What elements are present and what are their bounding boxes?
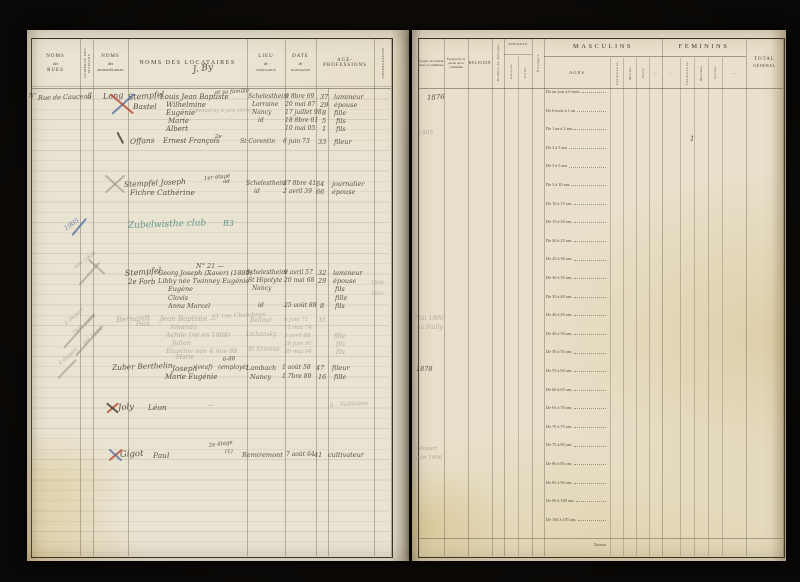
header-observations: OBSERVATIONS [374, 38, 391, 88]
handwriting-sepia: 18 8bre 01 [285, 118, 318, 124]
handwriting-pencil: 3 avril 88 [284, 334, 311, 340]
handwriting-pencil: à [330, 403, 334, 409]
handwriting-sepia: 1 août 58 [282, 365, 311, 371]
header-date-naissance: DATE de NAISSANCE [285, 38, 316, 88]
handwriting-sepia: Lorraine [252, 102, 278, 108]
handwriting-sepia: Lambach [246, 365, 276, 372]
dotted-leader [578, 519, 606, 521]
header-lieu-naissance: LIEU de NAISSANCE [247, 38, 285, 88]
handwriting-sepia: Joly [118, 403, 134, 412]
handwriting-sepia: 20 mai 68 [284, 278, 314, 284]
age-bracket-row: De 30 à 35 ans [546, 276, 608, 280]
handwriting-sepia: 29 [320, 102, 328, 109]
header-feminins-totaux: — [722, 58, 746, 88]
handwriting-sepia: Clovis [168, 295, 188, 302]
handwriting-pencil: fille [334, 334, 345, 340]
handwriting-pencil: Fock [136, 322, 150, 328]
age-bracket-label: De 6 mois à 1 an [546, 109, 575, 113]
handwriting-sepia: fils [335, 303, 345, 310]
handwriting-sepia: 47 [316, 365, 324, 372]
handwriting-sepia: 29 [318, 278, 326, 285]
handwriting-pencil: au Failly [417, 325, 443, 331]
age-bracket-label: De 85 à 90 ans [546, 481, 572, 485]
handwriting-pencil: 35 [318, 318, 326, 324]
grid-vline [418, 38, 419, 556]
handwriting-pencil: Vallistein [340, 401, 368, 408]
handwriting-sepia: Albert [166, 126, 188, 133]
age-bracket-label: De 90 à 100 ans [546, 499, 574, 503]
age-bracket-row: De 1 an à 2 ans [546, 127, 608, 131]
handwriting-sepia: Offans [130, 137, 155, 146]
grid-vline [623, 58, 624, 556]
handwriting-sepia: 6-88 [223, 357, 236, 364]
handwriting-sepia: fille [334, 110, 346, 117]
header-masculins-maries: Mariés [623, 58, 636, 88]
age-bracket-label: De 35 à 40 ans [546, 295, 572, 299]
header-masculins-veufs: Veufs [636, 58, 649, 88]
handwriting-sepia: 9 8bre 69 [285, 94, 314, 100]
dotted-leader [574, 407, 606, 409]
handwriting-sepia: Rue de Cauceau [38, 93, 92, 101]
handwriting-sepia: St Corentin [240, 139, 275, 145]
grid-vline [649, 58, 650, 556]
handwriting-sepia: Schelestheim [248, 94, 289, 100]
handwriting-pencil: Lichansky [246, 332, 277, 338]
handwriting-sepia: 33 [318, 139, 326, 146]
grid-hline [31, 86, 391, 87]
grid-vline [746, 38, 747, 556]
dotted-leader [569, 166, 606, 168]
handwriting-sepia: N° [29, 94, 37, 100]
header-masculins-group: MASCULINS [544, 43, 662, 50]
handwriting-sepia: lamineur [334, 94, 364, 101]
grid-vline [328, 88, 329, 556]
handwriting-teal: B3 [223, 220, 234, 228]
grid-vline [722, 58, 723, 556]
handwriting-sepia: 10 mai 05 [285, 126, 315, 132]
handwriting-pencil: à départ [414, 447, 437, 453]
age-bracket-row: De 100 à 105 ans [546, 518, 608, 522]
header-feminins-group: FEMININS [662, 43, 746, 50]
handwriting-sepia: 8 [322, 110, 326, 117]
age-bracket-label: De 65 à 70 ans [546, 406, 572, 410]
header-religion: RELIGION [468, 38, 492, 88]
grid-vline [532, 38, 533, 556]
handwriting-pencil: 1905 [418, 130, 434, 137]
handwriting-sepia: (employé) [218, 365, 248, 371]
header-enfants-group: ENFANTS [504, 42, 532, 46]
handwriting-sepia: 66 [316, 189, 324, 196]
age-bracket-row: De 65 à 70 ans [546, 406, 608, 410]
handwriting-sepia: 2e [215, 135, 222, 141]
grid-vline [444, 38, 445, 556]
age-bracket-label: De 100 à 105 ans [546, 518, 576, 522]
dotted-leader [582, 91, 606, 93]
handwriting-sepia: id [258, 118, 264, 124]
handwriting-sepia: Marie [168, 118, 189, 125]
handwriting-sepia: 1 [322, 126, 326, 133]
age-bracket-row: De 90 à 100 ans [546, 499, 608, 503]
age-bracket-label: De 30 à 35 ans [546, 276, 572, 280]
dotted-leader [574, 277, 606, 279]
grid-hline [418, 538, 783, 539]
handwriting-sepia: 27 8bre 41 [283, 181, 316, 187]
grid-hline [544, 56, 662, 57]
handwriting-sepia: Joseph [172, 365, 197, 373]
age-bracket-label: De 50 à 55 ans [546, 350, 572, 354]
grid-vline [504, 38, 505, 556]
handwriting-sepia: fileur [332, 365, 350, 372]
handwriting-sepia: 2 avril 39 [283, 189, 312, 195]
handwriting-sepia: 7 août 64 [286, 452, 315, 458]
handwriting-sepia: Fichre Cathérine [130, 189, 195, 197]
handwriting-sepia: fileur [334, 139, 352, 146]
header-masculins-totaux: — [649, 58, 662, 88]
handwriting-pencil: 30 mai 94 [284, 350, 312, 356]
age-bracket-label: De 60 à 65 ans [546, 388, 572, 392]
handwriting-sepia: 16 [318, 374, 326, 381]
handwriting-pencil: 1903 [371, 292, 384, 297]
header-feminins-ages: — [662, 58, 680, 88]
handwriting-sepia: cultivateur [328, 452, 364, 459]
grid-hline [504, 54, 532, 55]
handwriting-sepia: Eugène [168, 286, 193, 293]
dotted-leader [574, 128, 606, 130]
dotted-leader [574, 482, 606, 484]
grid-vline [374, 38, 375, 556]
dotted-leader [577, 110, 606, 112]
handwriting-sepia: 9 avril 57 [284, 270, 313, 276]
header-nombre-menages: Nombre de ménages [492, 38, 504, 88]
handwriting-sepia: Schelestheim [246, 270, 287, 276]
handwriting-pencil: — [208, 403, 214, 409]
handwriting-pencil: fils [336, 350, 345, 356]
dotted-leader [574, 370, 606, 372]
handwriting-sepia: Bastel [133, 103, 157, 111]
register-right-page: Époque de l'entrée dans la commune Époqu… [412, 30, 786, 561]
grid-vline [93, 38, 94, 556]
handwriting-sepia: 8 [320, 303, 324, 310]
handwriting-pencil: Julien [172, 340, 191, 347]
header-noms-proprietaires: NOMS des PROPRIÉTAIRES [93, 38, 128, 88]
handwriting-sepia: fille [334, 374, 346, 381]
handwriting-sepia: Ernest François [163, 138, 220, 145]
header-masculins-ages: AGES [544, 58, 610, 88]
header-enfants-filles: Filles [518, 56, 532, 88]
age-bracket-row: De 70 à 75 ans [546, 425, 608, 429]
handwriting-pencil: (Beaudray 4 juin 1910) [193, 109, 251, 114]
header-noms-rues: NOMS des RUES [31, 38, 80, 88]
totaux-row-label: Totaux [546, 542, 606, 547]
handwriting-sepia: Remiremont [242, 452, 283, 459]
handwriting-sepia: 1 7bre 89 [282, 374, 311, 380]
grid-vline [708, 58, 709, 556]
age-bracket-row: De 35 à 40 ans [546, 295, 608, 299]
handwriting-pencil: Beliour [250, 318, 272, 324]
handwriting-pencil: Achile (né en 1888) [166, 332, 230, 339]
photo-backdrop: NOMS des RUES NUMÉROS DES MAISONS NOMS d… [0, 0, 800, 582]
grid-vline [492, 38, 493, 556]
handwriting-sepia: Nancy [252, 286, 271, 292]
header-numeros-maisons: NUMÉROS DES MAISONS [80, 38, 93, 88]
handwriting-pencil: juin 1906 [416, 456, 442, 462]
dotted-leader [574, 240, 606, 242]
handwriting-sepia: Léon [148, 404, 167, 412]
age-bracket-label: De 3 à 5 ans [546, 164, 567, 168]
handwriting-sepia: Anna Marcel [168, 303, 210, 310]
age-bracket-label: De 45 à 50 ans [546, 332, 572, 336]
handwriting-sepia: Zuber Berthelin [112, 362, 173, 372]
dotted-leader [574, 259, 606, 261]
age-bracket-row: De 75 à 80 ans [546, 443, 608, 447]
age-bracket-label: De 2 à 3 ans [546, 146, 567, 150]
age-bracket-label: De 25 à 30 ans [546, 257, 572, 261]
handwriting-sepia: Georg Joseph (Xaver) (1889) [158, 270, 252, 277]
header-enfants-garcons: Garçons [504, 56, 518, 88]
age-bracket-label: De 1 an à 2 ans [546, 127, 572, 131]
handwriting-pencil: Jean Baptiste — [160, 316, 216, 323]
dotted-leader [571, 184, 606, 186]
handwriting-sepia: Eugénie [166, 110, 195, 117]
handwriting-sepia: Schelestheim [246, 181, 287, 187]
handwriting-sepia: id [258, 303, 264, 309]
age-bracket-row: De 5 à 10 ans [546, 183, 608, 187]
age-bracket-row: De 15 à 20 ans [546, 220, 608, 224]
handwriting-sepia: (1) [225, 450, 233, 456]
handwriting-pencil: 1896 [371, 281, 384, 286]
header-feminins-veuves: Veuves [708, 58, 722, 88]
grid-vline [636, 58, 637, 556]
handwriting-sepia: 32 [318, 270, 326, 277]
handwriting-sepia: fils [336, 118, 346, 125]
age-bracket-label: De 80 à 85 ans [546, 462, 572, 466]
grid-hline [662, 56, 746, 57]
handwriting-sepia: 1878 [416, 366, 433, 373]
handwriting-sepia: ad [223, 180, 230, 186]
age-bracket-row: De 85 à 90 ans [546, 481, 608, 485]
handwriting-sepia: Nancy [252, 110, 271, 116]
grid-vline [468, 38, 469, 556]
grid-vline [391, 38, 392, 556]
handwriting-sepia: 2e Forb [128, 279, 155, 286]
handwriting-sepia: 25 août 88 [284, 303, 317, 309]
handwriting-pencil: fils [336, 342, 345, 348]
handwriting-sepia: 20 mai 87 [285, 102, 315, 108]
handwriting-sepia: lamineur [333, 270, 363, 277]
header-noms-locataires: NOMS DES LOCATAIRES [128, 38, 247, 88]
grid-vline [31, 38, 32, 556]
handwriting-sepia: fils [335, 286, 345, 293]
age-bracket-label: De 10 à 15 ans [546, 202, 572, 206]
handwriting-sepia: Nancy [250, 374, 271, 381]
age-bracket-label: De 75 à 80 ans [546, 443, 572, 447]
dotted-leader [569, 147, 606, 149]
handwriting-pencil: St Etienne [248, 347, 280, 353]
header-feminins-celibataires: Célibataires [680, 58, 694, 88]
age-bracket-label: De 20 à 25 ans [546, 239, 572, 243]
grid-vline [80, 38, 81, 556]
handwriting-pencil: Mai 1906 [415, 316, 444, 322]
header-total-general: TOTAL GÉNÉRAL [746, 38, 783, 88]
dotted-leader [574, 203, 606, 205]
handwriting-sepia: Paul [153, 452, 169, 460]
age-bracket-row: De 3 à 5 ans [546, 164, 608, 168]
age-bracket-row: De 6 mois à 1 an [546, 109, 608, 113]
handwriting-pencil: Amanda [170, 324, 197, 331]
grid-vline [680, 58, 681, 556]
handwriting-sepia: (veuf) [195, 365, 213, 371]
age-bracket-row: De 10 à 15 ans [546, 202, 608, 206]
handwriting-sepia: fille [335, 295, 347, 302]
header-feminins-mariees: Mariées [694, 58, 708, 88]
dotted-leader [574, 463, 606, 465]
age-bracket-label: De 40 à 45 ans [546, 313, 572, 317]
age-bracket-row: De 55 à 60 ans [546, 369, 608, 373]
handwriting-pencil: Marie [176, 355, 194, 361]
handwriting-sepia: épouse [334, 102, 357, 109]
handwriting-sepia: 6 juin 73 [283, 139, 310, 145]
handwriting-sepia: 5 [322, 118, 326, 125]
handwriting-pencil: 11 mai 74 [284, 326, 312, 332]
age-bracket-row: De 25 à 30 ans [546, 257, 608, 261]
dotted-leader [574, 314, 606, 316]
dotted-leader [574, 426, 606, 428]
handwriting-sepia: 64 [316, 181, 324, 188]
grid-vline [247, 38, 248, 556]
dotted-leader [576, 500, 606, 502]
age-bracket-row: De 45 à 50 ans [546, 332, 608, 336]
dotted-leader [574, 445, 606, 447]
grid-vline [518, 56, 519, 556]
handwriting-sepia: id [254, 189, 260, 195]
dotted-leader [574, 333, 606, 335]
handwriting-sepia: Gigot [120, 450, 144, 460]
handwriting-pencil: 6 juin 71 [284, 318, 309, 324]
age-bracket-label: De un jour à 6 mois [546, 90, 580, 94]
handwriting-sepia: 1 [690, 136, 694, 143]
dotted-leader [574, 352, 606, 354]
handwriting-sepia: épouse [332, 189, 355, 196]
grid-vline [128, 38, 129, 556]
header-age-professions: AGE-PROFESSIONS [316, 38, 374, 88]
handwriting-sepia: St Hipolyte [248, 278, 282, 284]
age-bracket-row: De 2 à 3 ans [546, 146, 608, 150]
age-bracket-row: De 80 à 85 ans [546, 462, 608, 466]
handwriting-sepia: 37 [320, 94, 328, 101]
header-epoque-entree: Époque de l'entrée dans la commune [418, 38, 444, 88]
age-bracket-label: De 70 à 75 ans [546, 425, 572, 429]
handwriting-sepia: 17 juillet 98 [285, 110, 322, 116]
age-bracket-row: De 40 à 45 ans [546, 313, 608, 317]
dotted-leader [574, 296, 606, 298]
handwriting-sepia: Libby née Twinney Eugénie [158, 278, 249, 285]
handwriting-sepia: 41 [314, 452, 322, 459]
handwriting-sepia: journalier [332, 181, 364, 188]
grid-vline [662, 38, 663, 556]
age-bracket-label: De 15 à 20 ans [546, 220, 572, 224]
handwriting-sepia: fils [336, 126, 346, 133]
handwriting-pencil: 29 juin 91 [284, 342, 312, 348]
register-left-page: NOMS des RUES NUMÉROS DES MAISONS NOMS d… [27, 30, 409, 561]
grid-vline [610, 58, 611, 556]
grid-vline [544, 38, 545, 556]
age-bracket-row: De 20 à 25 ans [546, 239, 608, 243]
grid-vline [783, 38, 784, 556]
grid-vline [694, 58, 695, 556]
header-etrangers: Étrangers [532, 38, 544, 88]
handwriting-sepia: épouse [333, 278, 356, 285]
age-bracket-row: De un jour à 6 mois [546, 90, 608, 94]
age-bracket-row: De 60 à 65 ans [546, 388, 608, 392]
header-masculins-celibataires: Célibataires [610, 58, 623, 88]
age-bracket-label: De 55 à 60 ans [546, 369, 572, 373]
header-epoque-sortie: Époque de la sortie de la commune [444, 38, 468, 88]
dotted-leader [574, 221, 606, 223]
handwriting-sepia: Marie Eugénie [165, 374, 217, 381]
age-bracket-label: De 5 à 10 ans [546, 183, 569, 187]
dotted-leader [574, 389, 606, 391]
age-bracket-row: De 50 à 55 ans [546, 350, 608, 354]
handwriting-sepia: 1876 [427, 94, 445, 102]
grid-hline [31, 88, 391, 89]
